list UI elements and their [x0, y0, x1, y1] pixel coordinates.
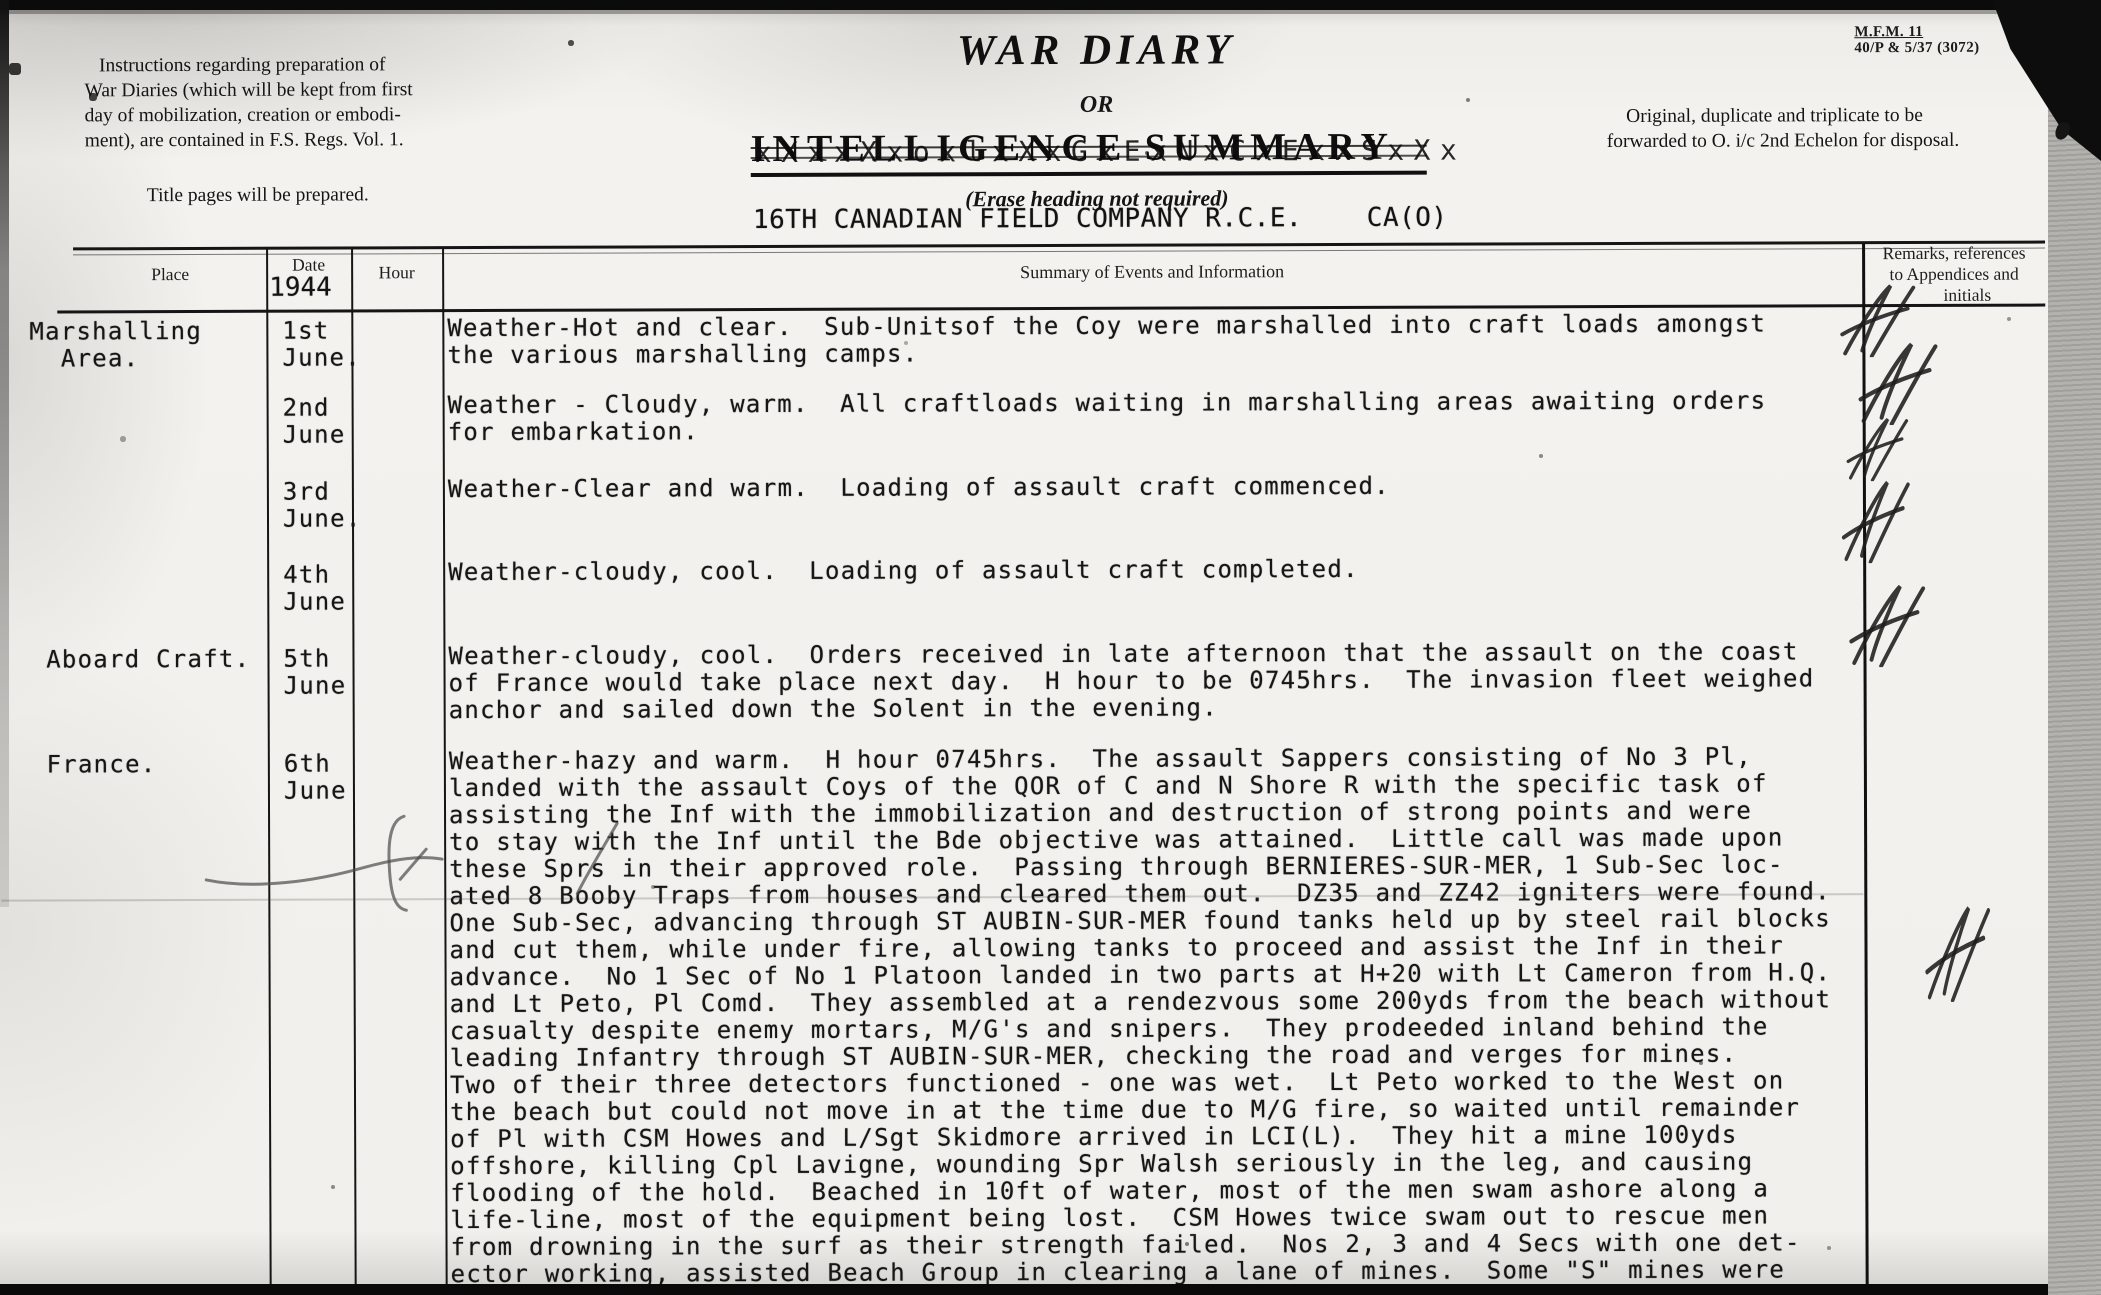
scan-edge-top [0, 0, 2101, 10]
unit-name-line: 16TH CANADIAN FIELD COMPANY R.C.E. CA(O) [753, 203, 1448, 235]
column-header-hour: Hour [351, 262, 442, 283]
preparation-instructions: Instructions regarding preparation of Wa… [84, 52, 514, 154]
divider-date-hour [351, 248, 357, 1295]
page-title: WAR DIARY [906, 25, 1286, 75]
disposal-instructions: Original, duplicate and triplicate to be… [1607, 102, 2057, 154]
pencil-swoosh-mark [204, 845, 444, 894]
pencil-stroke-mark [573, 819, 623, 897]
divider-place-date [266, 249, 272, 1295]
date-cell: 2nd June [283, 394, 346, 448]
typed-x-overstrike: xXxxXxoxlxXxGxExNxCxExxSxXxMxMxAxRxYxx [755, 134, 1458, 169]
scan-edge-top-shadow [0, 10, 2101, 14]
scan-edge-bottom [0, 1284, 2101, 1295]
form-number-block: M.F.M. 11 40/P & 5/37 (3072) [1854, 24, 1979, 56]
handwritten-initials-row-5 [1848, 581, 1944, 667]
column-header-place: Place [74, 264, 266, 286]
place-cell: Marshalling Area. [29, 318, 202, 373]
summary-cell: Weather-Hot and clear. Sub-Unitsof the C… [447, 311, 1766, 370]
place-cell: Aboard Craft. [30, 646, 250, 674]
page-content: Instructions regarding preparation of Wa… [0, 0, 2101, 1295]
typed-year: 1944 [269, 273, 332, 303]
date-cell: 6th June [284, 750, 347, 804]
date-cell: 5th June [283, 645, 346, 699]
date-cell: 4th June [283, 561, 346, 615]
summary-cell: Weather-cloudy, cool. Orders received in… [448, 638, 1814, 724]
war-diary-scanned-page: Instructions regarding preparation of Wa… [0, 0, 2101, 1295]
summary-cell: Weather-hazy and warm. H hour 0745hrs. T… [449, 743, 1832, 1288]
struck-intelligence-summary: INTELLIGENCE SUMMARY xXxxXxoxlxXxGxExNxC… [751, 125, 1427, 177]
scan-speckles [0, 0, 2, 2]
handwritten-initials-row-2 [1857, 339, 1957, 425]
place-cell: France. [31, 751, 157, 778]
summary-cell: Weather-Clear and warm. Loading of assau… [448, 473, 1390, 503]
column-header-summary: Summary of Events and Information [442, 259, 1862, 285]
scan-edge-left [0, 0, 9, 907]
summary-cell: Weather - Cloudy, warm. All craftloads w… [448, 388, 1767, 447]
scan-edge-right [2048, 0, 2101, 1295]
summary-cell: Weather-cloudy, cool. Loading of assault… [448, 556, 1359, 586]
form-number: M.F.M. 11 [1854, 24, 1979, 40]
date-cell: 1st June. [282, 317, 361, 371]
form-code: 40/P & 5/37 (3072) [1854, 40, 1979, 56]
date-cell: 3rd June. [283, 478, 362, 532]
handwritten-initials-row-3 [1846, 415, 1924, 481]
title-conjunction: OR [907, 91, 1287, 119]
handwritten-initials-row-6 [1924, 902, 2006, 1002]
title-pages-note: Title pages will be prepared. [147, 184, 369, 207]
handwritten-initials-row-4 [1841, 477, 1927, 563]
